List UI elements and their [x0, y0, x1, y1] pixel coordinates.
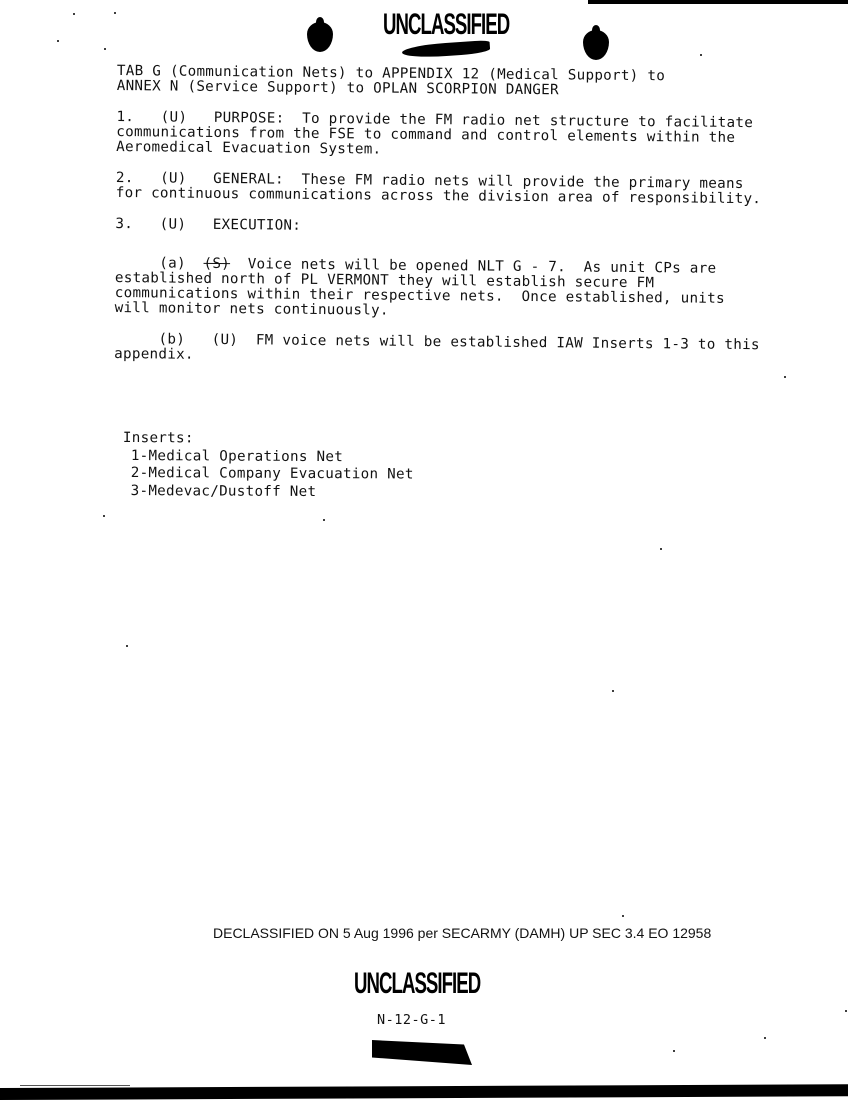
execution-sub-a: (a) (S) Voice nets will be opened NLT G …	[115, 256, 766, 322]
scan-artifact-line	[20, 1085, 130, 1086]
scan-speck	[57, 40, 59, 42]
scan-speck	[103, 515, 105, 517]
insert-item: 2-Medical Company Evacuation Net	[123, 465, 414, 484]
section-execution: 3. (U) EXECUTION:	[115, 217, 765, 238]
execution-number: 3.	[115, 216, 133, 232]
execution-sub-b: (b) (U) FM voice nets will be establishe…	[114, 332, 764, 368]
purpose-number: 1.	[116, 109, 134, 125]
document-header: TAB G (Communication Nets) to APPENDIX 1…	[117, 64, 767, 100]
scan-speck	[784, 376, 786, 378]
scan-speck	[700, 54, 702, 56]
insert-item: 1-Medical Operations Net	[123, 447, 414, 466]
classification-stamp-top: UNCLASSIFIED	[383, 8, 509, 42]
scan-speck	[73, 13, 75, 15]
punch-hole-left	[307, 22, 333, 52]
scan-speck	[660, 548, 662, 550]
purpose-marking: (U)	[161, 109, 188, 125]
punch-hole-right	[583, 30, 609, 60]
header-line-2: ANNEX N (Service Support) to OPLAN SCORP…	[117, 78, 559, 98]
scan-speck	[104, 48, 106, 50]
scan-speck	[673, 1050, 675, 1052]
insert-item: 3-Medevac/Dustoff Net	[123, 482, 414, 501]
sub-a-label: (a)	[159, 255, 186, 271]
execution-marking: (U)	[160, 216, 187, 232]
scan-edge-top	[588, 0, 848, 4]
scan-speck	[114, 12, 116, 14]
redaction-bottom	[372, 1040, 472, 1065]
page-identifier: N-12-G-1	[377, 1012, 446, 1028]
sub-b-label: (b)	[159, 331, 186, 347]
sub-b-marking: (U)	[212, 332, 239, 348]
section-purpose: 1. (U) PURPOSE: To provide the FM radio …	[116, 110, 766, 161]
general-marking: (U)	[160, 170, 187, 186]
inserts-title: Inserts:	[123, 430, 414, 449]
scan-speck	[622, 915, 624, 917]
execution-heading: EXECUTION:	[213, 217, 302, 234]
redaction-top	[402, 40, 491, 59]
declassification-notice: DECLASSIFIED ON 5 Aug 1996 per SECARMY (…	[213, 925, 711, 941]
scan-speck	[612, 690, 614, 692]
scan-edge-bottom	[0, 1084, 848, 1100]
scan-speck	[126, 645, 128, 647]
document-body: TAB G (Communication Nets) to APPENDIX 1…	[114, 64, 767, 384]
classification-stamp-bottom: UNCLASSIFIED	[354, 967, 480, 1001]
sub-a-struck-marking: (S)	[203, 256, 230, 272]
scan-speck	[323, 519, 325, 521]
scan-speck	[845, 1010, 847, 1012]
inserts-list: Inserts: 1-Medical Operations Net 2-Medi…	[123, 430, 414, 502]
general-number: 2.	[116, 170, 134, 186]
scan-speck	[764, 1037, 766, 1039]
section-general: 2. (U) GENERAL: These FM radio nets will…	[116, 171, 766, 207]
